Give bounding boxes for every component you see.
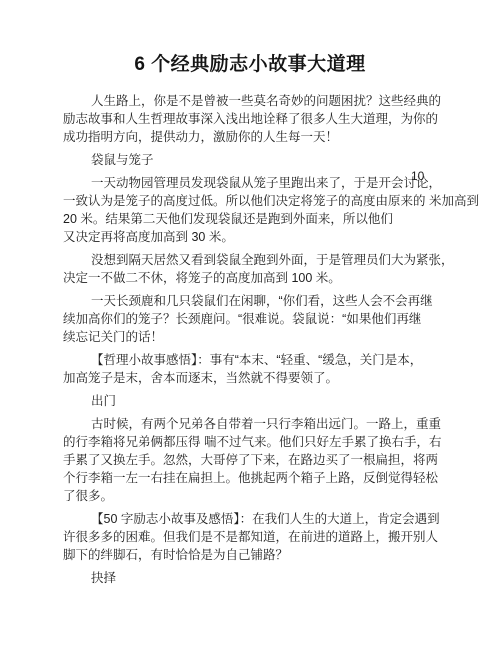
section-heading: 出门 — [63, 392, 437, 410]
paragraph: 【50 字励志小故事及感悟】：在我们人生的大道上，肯定会遇到许很多多的困难。但我… — [63, 510, 437, 564]
text-line: 出门 — [63, 392, 437, 410]
text-line: 了很多。 — [63, 487, 437, 505]
text-line: 人生路上，你是不是曾被一些莫名奇妙的问题困扰？这些经典的 — [63, 92, 437, 110]
text-line: 抉择 — [63, 569, 437, 587]
document-page: 6 个经典励志小故事大道理 人生路上，你是不是曾被一些莫名奇妙的问题困扰？这些经… — [0, 0, 500, 648]
text-line: 的行李箱将兄弟俩都压得 喘不过气来。他们只好左手累了换右手，右 — [63, 433, 437, 451]
text-line: 袋鼠与笼子 — [63, 151, 437, 169]
paragraph: 一天长颈鹿和几只袋鼠们在闲聊，“你们看，这些人会不会再继续加高你们的笼子？长颈鹿… — [63, 292, 437, 346]
text-line: 加高笼子是末，舍本而逐末，当然就不得要领了。 — [63, 369, 437, 387]
text-line: 古时候，有两个兄弟各自带着一只行李箱出远门。一路上，重重 — [63, 415, 437, 433]
text-line: 又决定再将高度加高到 30 米。 — [63, 228, 437, 246]
text-line: 一致认为是笼子的高度过低。所以他们决定将笼子的高度由原来的 米加高到 — [63, 192, 437, 210]
paragraph: 没想到隔天居然又看到袋鼠全跑到外面，于是管理员们大为紧张，决定一不做二不休，将笼… — [63, 251, 437, 287]
text-line: 没想到隔天居然又看到袋鼠全跑到外面，于是管理员们大为紧张， — [63, 251, 437, 269]
text-line: 脚下的绊脚石，有时恰恰是为自己铺路？ — [63, 546, 437, 564]
text-line: 手累了又换左手。忽然，大哥停了下来，在路边买了一根扁担，将两 — [63, 451, 437, 469]
section-heading: 袋鼠与笼子 — [63, 151, 437, 169]
text-line: 决定一不做二不休，将笼子的高度加高到 100 米。 — [63, 269, 437, 287]
paragraph: 人生路上，你是不是曾被一些莫名奇妙的问题困扰？这些经典的励志故事和人生哲理故事深… — [63, 92, 437, 146]
document-body: 人生路上，你是不是曾被一些莫名奇妙的问题困扰？这些经典的励志故事和人生哲理故事深… — [63, 92, 437, 587]
text-line: 续忘记关门的话！ — [63, 328, 437, 346]
text-line: 一天动物园管理员发现袋鼠从笼子里跑出来了，于是开会讨论， — [63, 174, 437, 192]
document-content: 6 个经典励志小故事大道理 人生路上，你是不是曾被一些莫名奇妙的问题困扰？这些经… — [0, 0, 500, 587]
text-line: 【50 字励志小故事及感悟】：在我们人生的大道上，肯定会遇到 — [63, 510, 437, 528]
text-line: 许很多多的困难。但我们是不是都知道，在前进的道路上，搬开别人 — [63, 528, 437, 546]
text-line: 个行李箱一左一右挂在扁担上。他挑起两个箱子上路，反倒觉得轻松 — [63, 469, 437, 487]
document-title: 6 个经典励志小故事大道理 — [63, 52, 437, 78]
paragraph: 【哲理小故事感悟】：事有“本末、“轻重、“缓急，关门是本，加高笼子是末，舍本而逐… — [63, 351, 437, 387]
section-heading: 抉择 — [63, 569, 437, 587]
margin-number: 10 — [411, 169, 424, 183]
text-line: 励志故事和人生哲理故事深入浅出地诠释了很多人生大道理，为你的 — [63, 110, 437, 128]
text-line: 【哲理小故事感悟】：事有“本末、“轻重、“缓急，关门是本， — [63, 351, 437, 369]
text-line: 续加高你们的笼子？长颈鹿问。“很难说。袋鼠说：“如果他们再继 — [63, 310, 437, 328]
text-line: 成功指明方向，提供动力，激励你的人生每一天！ — [63, 128, 437, 146]
paragraph: 一天动物园管理员发现袋鼠从笼子里跑出来了，于是开会讨论，一致认为是笼子的高度过低… — [63, 174, 437, 246]
paragraph: 古时候，有两个兄弟各自带着一只行李箱出远门。一路上，重重的行李箱将兄弟俩都压得 … — [63, 415, 437, 505]
text-line: 一天长颈鹿和几只袋鼠们在闲聊，“你们看，这些人会不会再继 — [63, 292, 437, 310]
text-line: 20 米。结果第二天他们发现袋鼠还是跑到外面来，所以他们 — [63, 210, 437, 228]
